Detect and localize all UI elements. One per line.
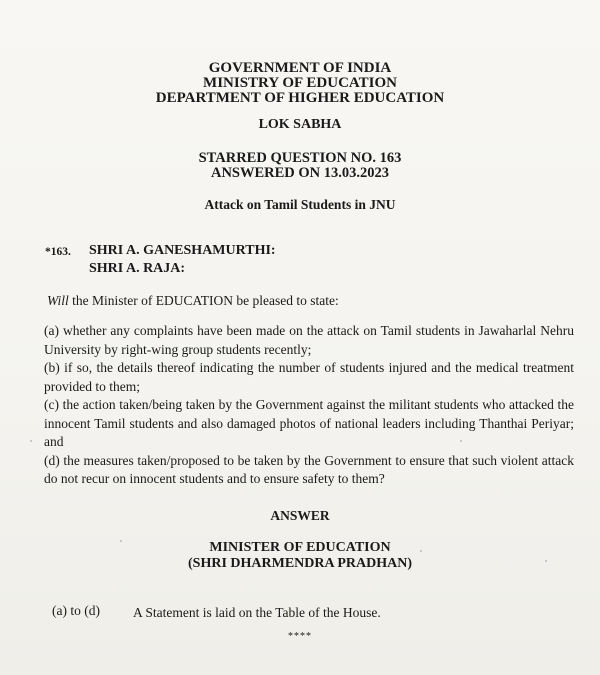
scan-speck — [30, 440, 32, 442]
answer-text: A Statement is laid on the Table of the … — [133, 605, 381, 621]
scan-speck — [460, 440, 462, 442]
question-body: (a) whether any complaints have been mad… — [44, 322, 574, 489]
house-name: LOK SABHA — [0, 117, 600, 133]
end-mark: **** — [0, 631, 600, 642]
intro-italic: Will — [47, 293, 69, 308]
question-intro: Will the Minister of EDUCATION be please… — [47, 293, 339, 309]
answered-date: ANSWERED ON 13.03.2023 — [0, 165, 600, 181]
scan-speck — [190, 560, 192, 562]
answer-heading: ANSWER — [0, 508, 600, 524]
minister-title: MINISTER OF EDUCATION — [0, 540, 600, 556]
question-number: *163. — [45, 246, 71, 258]
question-part-c: (c) the action taken/being taken by the … — [44, 396, 574, 452]
question-type: STARRED QUESTION NO. 163 — [0, 150, 600, 166]
header-department: DEPARTMENT OF HIGHER EDUCATION — [0, 90, 600, 107]
minister-name: (SHRI DHARMENDRA PRADHAN) — [0, 556, 600, 572]
scan-speck — [120, 540, 122, 542]
question-subject: Attack on Tamil Students in JNU — [0, 197, 600, 213]
document-page: GOVERNMENT OF INDIA MINISTRY OF EDUCATIO… — [0, 0, 600, 675]
scan-speck — [420, 550, 422, 552]
member-name: SHRI A. RAJA: — [89, 261, 185, 277]
intro-text: the Minister of EDUCATION be pleased to … — [69, 293, 339, 308]
question-part-a: (a) whether any complaints have been mad… — [44, 322, 574, 359]
answer-label: (a) to (d) — [52, 603, 100, 619]
member-name: SHRI A. GANESHAMURTHI: — [89, 243, 276, 259]
question-part-d: (d) the measures taken/proposed to be ta… — [44, 452, 574, 489]
question-part-b: (b) if so, the details thereof indicatin… — [44, 359, 574, 396]
scan-speck — [545, 560, 547, 562]
